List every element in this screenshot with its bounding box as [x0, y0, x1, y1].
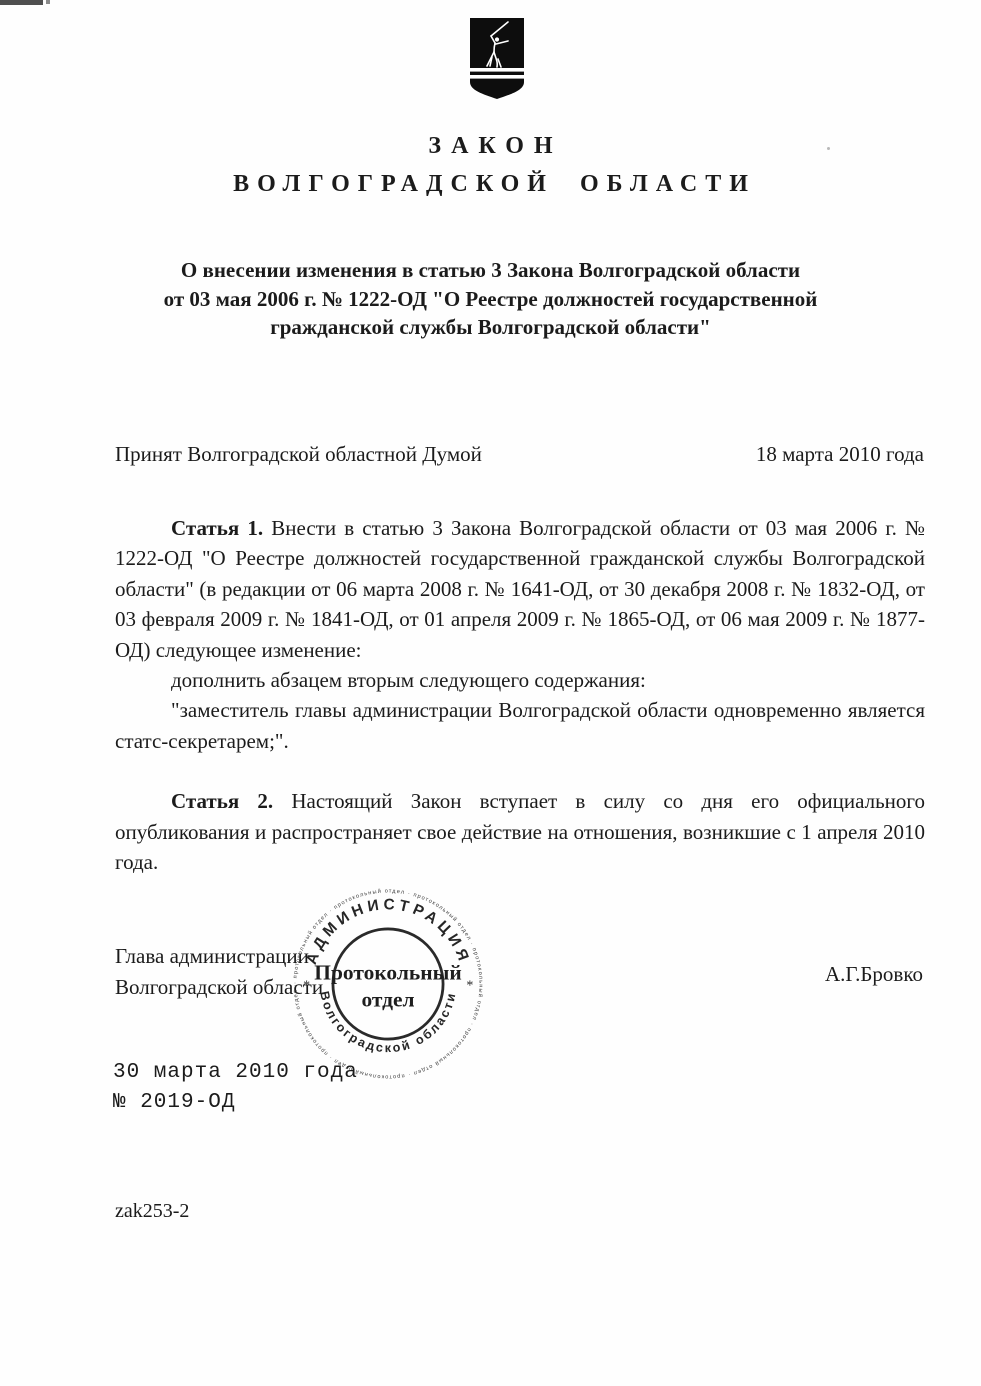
issuance-block: 30 марта 2010 года № 2019-ОД — [113, 1058, 358, 1118]
region-heading: ВОЛГОГРАДСКОЙ ОБЛАСТИ — [0, 171, 981, 198]
document-kind-heading: ЗАКОН — [0, 133, 981, 160]
signatory-name: А.Г.Бровко — [825, 962, 923, 987]
adoption-date: 18 марта 2010 года — [756, 442, 924, 467]
title-line-2: от 03 мая 2006 г. № 1222-ОД "О Реестре д… — [90, 285, 891, 314]
article-1-label: Статья 1. — [171, 516, 263, 540]
document-number: № 2019-ОД — [113, 1088, 358, 1118]
volgograd-coat-of-arms-icon — [462, 14, 532, 106]
coat-of-arms-svg — [462, 14, 532, 106]
issuance-date: 30 марта 2010 года — [113, 1058, 358, 1088]
article-1-paragraph: Статья 1. Внести в статью 3 Закона Волго… — [115, 513, 925, 665]
document-body: Статья 1. Внести в статью 3 Закона Волго… — [115, 513, 925, 877]
stamp-svg: · протокольный отдел · протокольный отде… — [283, 886, 493, 1082]
administration-stamp: · протокольный отдел · протокольный отде… — [283, 886, 493, 1082]
title-line-1: О внесении изменения в статью 3 Закона В… — [90, 256, 891, 285]
article-1-subparagraph-2: "заместитель главы администрации Волгогр… — [115, 695, 925, 756]
document-page: ЗАКОН ВОЛГОГРАДСКОЙ ОБЛАСТИ О внесении и… — [0, 0, 981, 1386]
adopted-by-text: Принят Волгоградской областной Думой — [115, 442, 482, 467]
footer-file-code: zak253-2 — [115, 1200, 189, 1223]
stamp-center-line-2: отдел — [361, 987, 414, 1011]
emblem-stripe-top — [470, 68, 524, 72]
title-line-3: гражданской службы Волгоградской области… — [90, 313, 891, 342]
article-2-label: Статья 2. — [171, 789, 273, 813]
document-title: О внесении изменения в статью 3 Закона В… — [90, 256, 891, 342]
stamp-star-left: * — [303, 979, 310, 994]
scan-artifact-bar — [0, 0, 43, 5]
stamp-ring-top-text: АДМИНИСТРАЦИЯ — [303, 896, 473, 967]
adoption-row: Принят Волгоградской областной Думой 18 … — [115, 442, 924, 467]
scan-artifact-tick — [46, 0, 50, 4]
emblem-stripe-bottom — [470, 75, 524, 79]
stamp-star-right: * — [466, 979, 473, 994]
article-2-paragraph: Статья 2. Настоящий Закон вступает в сил… — [115, 786, 925, 877]
stamp-center-line-1: Протокольный — [314, 960, 461, 984]
article-1-subparagraph-1: дополнить абзацем вторым следующего соде… — [115, 665, 925, 695]
